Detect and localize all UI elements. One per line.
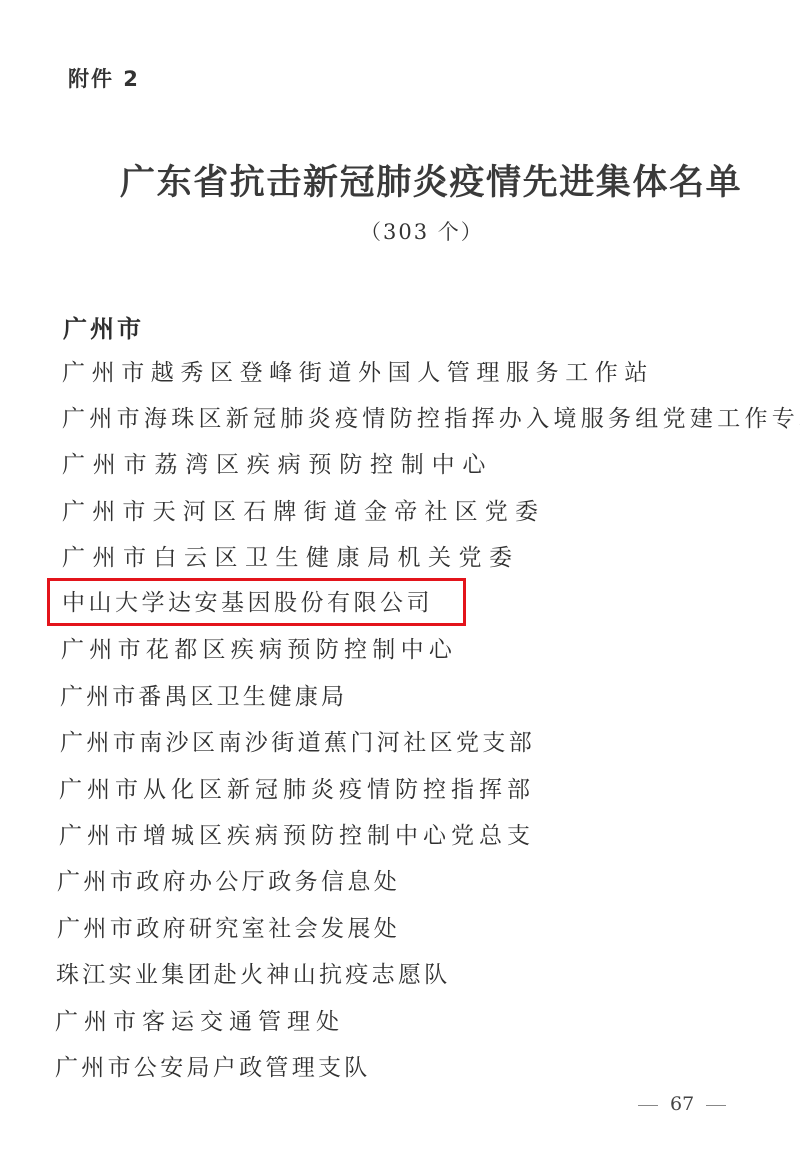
list-item: 珠江实业集团赴火神山抗疫志愿队 [56, 961, 451, 989]
list-item: 广州市番禺区卫生健康局 [60, 683, 347, 711]
list-item: 广州市从化区新冠肺炎疫情防控指挥部 [59, 776, 535, 804]
dash-left [638, 1105, 658, 1106]
list-item: 广州市荔湾区疾病预防控制中心 [62, 451, 493, 479]
page-number: 67 [626, 1093, 738, 1115]
list-item: 广州市南沙区南沙街道蕉门河社区党支部 [60, 729, 535, 757]
document-title: 广东省抗击新冠肺炎疫情先进集体名单 [120, 155, 720, 205]
attachment-label: 附件 2 [68, 63, 140, 93]
list-item: 广州市公安局户政管理支队 [55, 1054, 371, 1082]
list-item: 广州市政府办公厅政务信息处 [57, 868, 400, 896]
highlight-box [47, 578, 466, 626]
list-item: 广州市越秀区登峰街道外国人管理服务工作站 [62, 359, 654, 387]
page-number-value: 67 [670, 1093, 694, 1115]
list-item: 广州市白云区卫生健康局机关党委 [62, 544, 520, 572]
list-item: 广州市天河区石牌街道金帝社区党委 [62, 498, 545, 526]
list-item: 广州市增城区疾病预防控制中心党总支 [59, 822, 535, 850]
document-subtitle-count: （303 个） [360, 216, 484, 246]
list-item: 广州市海珠区新冠肺炎疫情防控指挥办入境服务组党建工作专班 [62, 405, 800, 433]
list-item: 广州市政府研究室社会发展处 [57, 915, 400, 943]
dash-right [706, 1105, 726, 1106]
list-item: 广州市客运交通管理处 [55, 1008, 345, 1036]
section-heading-guangzhou: 广州市 [63, 309, 144, 344]
list-item: 广州市花都区疾病预防控制中心 [61, 636, 457, 664]
